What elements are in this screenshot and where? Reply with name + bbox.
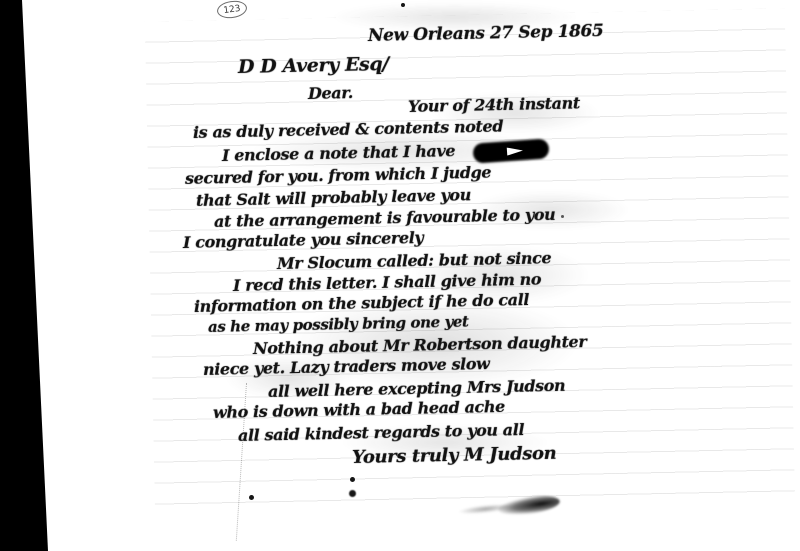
scanner-edge-band xyxy=(0,0,60,551)
ink-dot xyxy=(249,495,254,500)
ink-dot xyxy=(401,3,405,7)
ink-dot xyxy=(561,215,564,218)
ink-blot-white-streak xyxy=(507,146,524,155)
scanned-letter-page: 123 New Orleans 27 Sep 1865 D D Avery Es… xyxy=(0,0,800,551)
ink-dot xyxy=(350,477,355,482)
page-number: 123 xyxy=(223,3,241,15)
letter-line: Your of 24th instant xyxy=(408,93,580,116)
page-number-stamp: 123 xyxy=(216,0,248,20)
letter-line-addressee: D D Avery Esq/ xyxy=(238,53,389,78)
letter-line-signature: Yours truly M Judson xyxy=(352,443,557,468)
letter-line-salutation: Dear. xyxy=(308,83,353,103)
ink-dot xyxy=(349,490,356,497)
